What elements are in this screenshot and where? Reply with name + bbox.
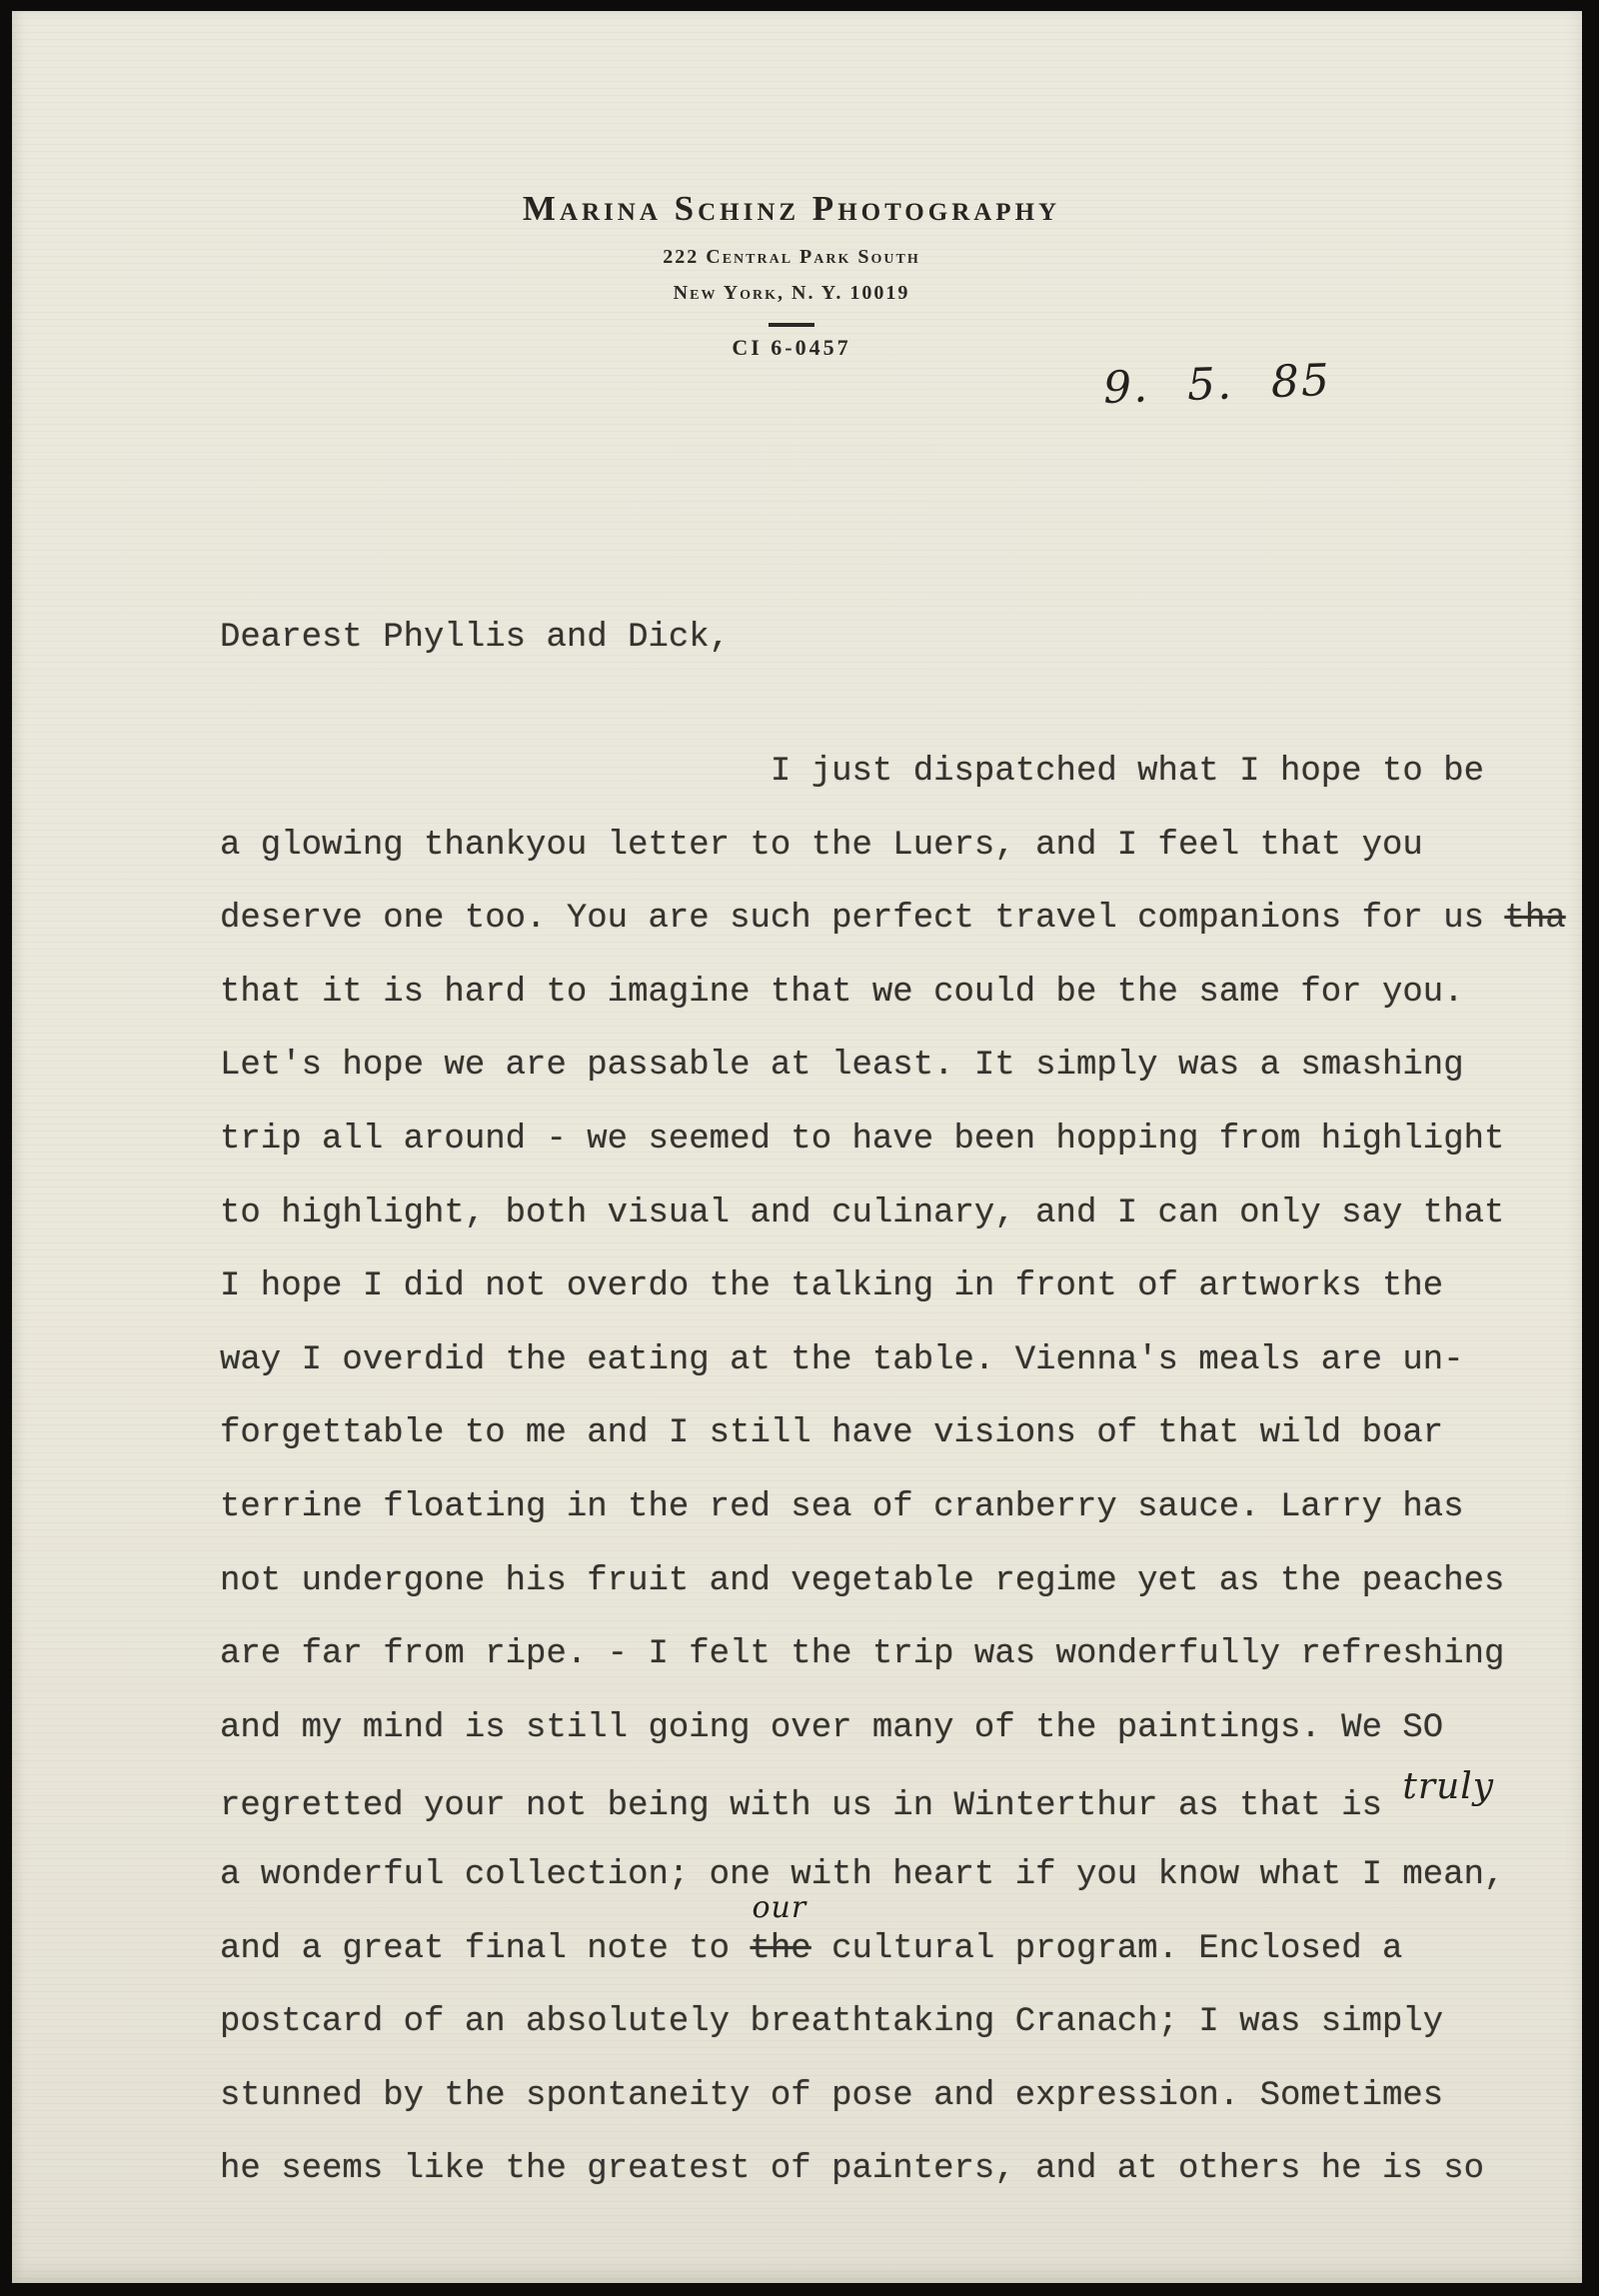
letter-line: a glowing thankyou letter to the Luers, … <box>220 827 1582 901</box>
letter-line: that it is hard to imagine that we could… <box>220 974 1582 1048</box>
letter-line: terrine floating in the red sea of cranb… <box>220 1488 1582 1562</box>
scanned-letter: Marina Schinz Photography 222 Central Pa… <box>0 0 1599 2296</box>
letter-line: not undergone his fruit and vegetable re… <box>220 1562 1582 1636</box>
letter-line: and a great final note to ourthe cultura… <box>220 1930 1582 2004</box>
typed-text: regretted your not being with us in Wint… <box>220 1787 1402 1825</box>
typed-text: terrine floating in the red sea of cranb… <box>220 1488 1464 1526</box>
letter-line: stunned by the spontaneity of pose and e… <box>220 2077 1582 2151</box>
typed-text: cultural program. Enclosed a <box>811 1930 1403 1968</box>
typed-text: he seems like the greatest of painters, … <box>220 2150 1484 2188</box>
letterhead-address-line1: 222 Central Park South <box>12 239 1571 275</box>
typed-text: way I overdid the eating at the table. V… <box>220 1341 1464 1379</box>
letter-line: forgettable to me and I still have visio… <box>220 1414 1582 1488</box>
typed-text: postcard of an absolutely breathtaking C… <box>220 2003 1443 2041</box>
handwritten-correction: our <box>753 1890 807 1925</box>
letterhead-phone: CI 6-0457 <box>12 335 1571 361</box>
typed-text: stunned by the spontaneity of pose and e… <box>220 2077 1443 2115</box>
letter-line: postcard of an absolutely breathtaking C… <box>220 2003 1582 2077</box>
letter-line: I hope I did not overdo the talking in f… <box>220 1267 1582 1341</box>
salutation: Dearest Phyllis and Dick, <box>220 619 730 657</box>
typed-text: a glowing thankyou letter to the Luers, … <box>220 827 1423 865</box>
letter-line: trip all around - we seemed to have been… <box>220 1121 1582 1194</box>
letterhead-divider <box>769 323 814 327</box>
typed-text: I just dispatched what I hope to be <box>220 753 1484 791</box>
letter-line: way I overdid the eating at the table. V… <box>220 1341 1582 1415</box>
letter-line: Let's hope we are passable at least. It … <box>220 1047 1582 1121</box>
handwritten-date: 9. 5. 85 <box>1102 355 1332 414</box>
handwritten-word: truly <box>1402 1766 1494 1807</box>
typed-text: and my mind is still going over many of … <box>220 1709 1443 1747</box>
corrected-word: ourthe <box>751 1930 811 1968</box>
letterhead: Marina Schinz Photography 222 Central Pa… <box>12 189 1571 361</box>
typed-text: not undergone his fruit and vegetable re… <box>220 1562 1504 1600</box>
letter-line: and my mind is still going over many of … <box>220 1709 1582 1783</box>
typed-text: are far from ripe. - I felt the trip was… <box>220 1635 1504 1673</box>
letterhead-address-line2: New York, N. Y. 10019 <box>12 275 1571 311</box>
letter-line: I just dispatched what I hope to be <box>220 753 1582 827</box>
typed-text: forgettable to me and I still have visio… <box>220 1414 1443 1452</box>
typed-text: deserve one too. You are such perfect tr… <box>220 900 1504 938</box>
typed-text: a wonderful collection; one with heart i… <box>220 1856 1504 1894</box>
typed-text: and a great final note to <box>220 1930 751 1968</box>
letter-line: he seems like the greatest of painters, … <box>220 2150 1582 2224</box>
letterhead-name: Marina Schinz Photography <box>12 189 1571 229</box>
typed-text: to highlight, both visual and culinary, … <box>220 1194 1504 1232</box>
typed-text: Let's hope we are passable at least. It … <box>220 1047 1464 1085</box>
letter-body: I just dispatched what I hope to bea glo… <box>220 753 1582 2224</box>
typed-text: I hope I did not overdo the talking in f… <box>220 1267 1443 1305</box>
letter-line: regretted your not being with us in Wint… <box>220 1782 1582 1856</box>
letter-paper: Marina Schinz Photography 222 Central Pa… <box>12 11 1582 2283</box>
letter-line: a wonderful collection; one with heart i… <box>220 1856 1582 1930</box>
strikethrough-text: the <box>751 1930 811 1968</box>
letter-line: to highlight, both visual and culinary, … <box>220 1194 1582 1268</box>
letter-line: deserve one too. You are such perfect tr… <box>220 900 1582 974</box>
letter-line: are far from ripe. - I felt the trip was… <box>220 1635 1582 1709</box>
strikethrough-text: tha <box>1504 900 1565 938</box>
typed-text: that it is hard to imagine that we could… <box>220 974 1464 1012</box>
typed-text: trip all around - we seemed to have been… <box>220 1121 1504 1158</box>
